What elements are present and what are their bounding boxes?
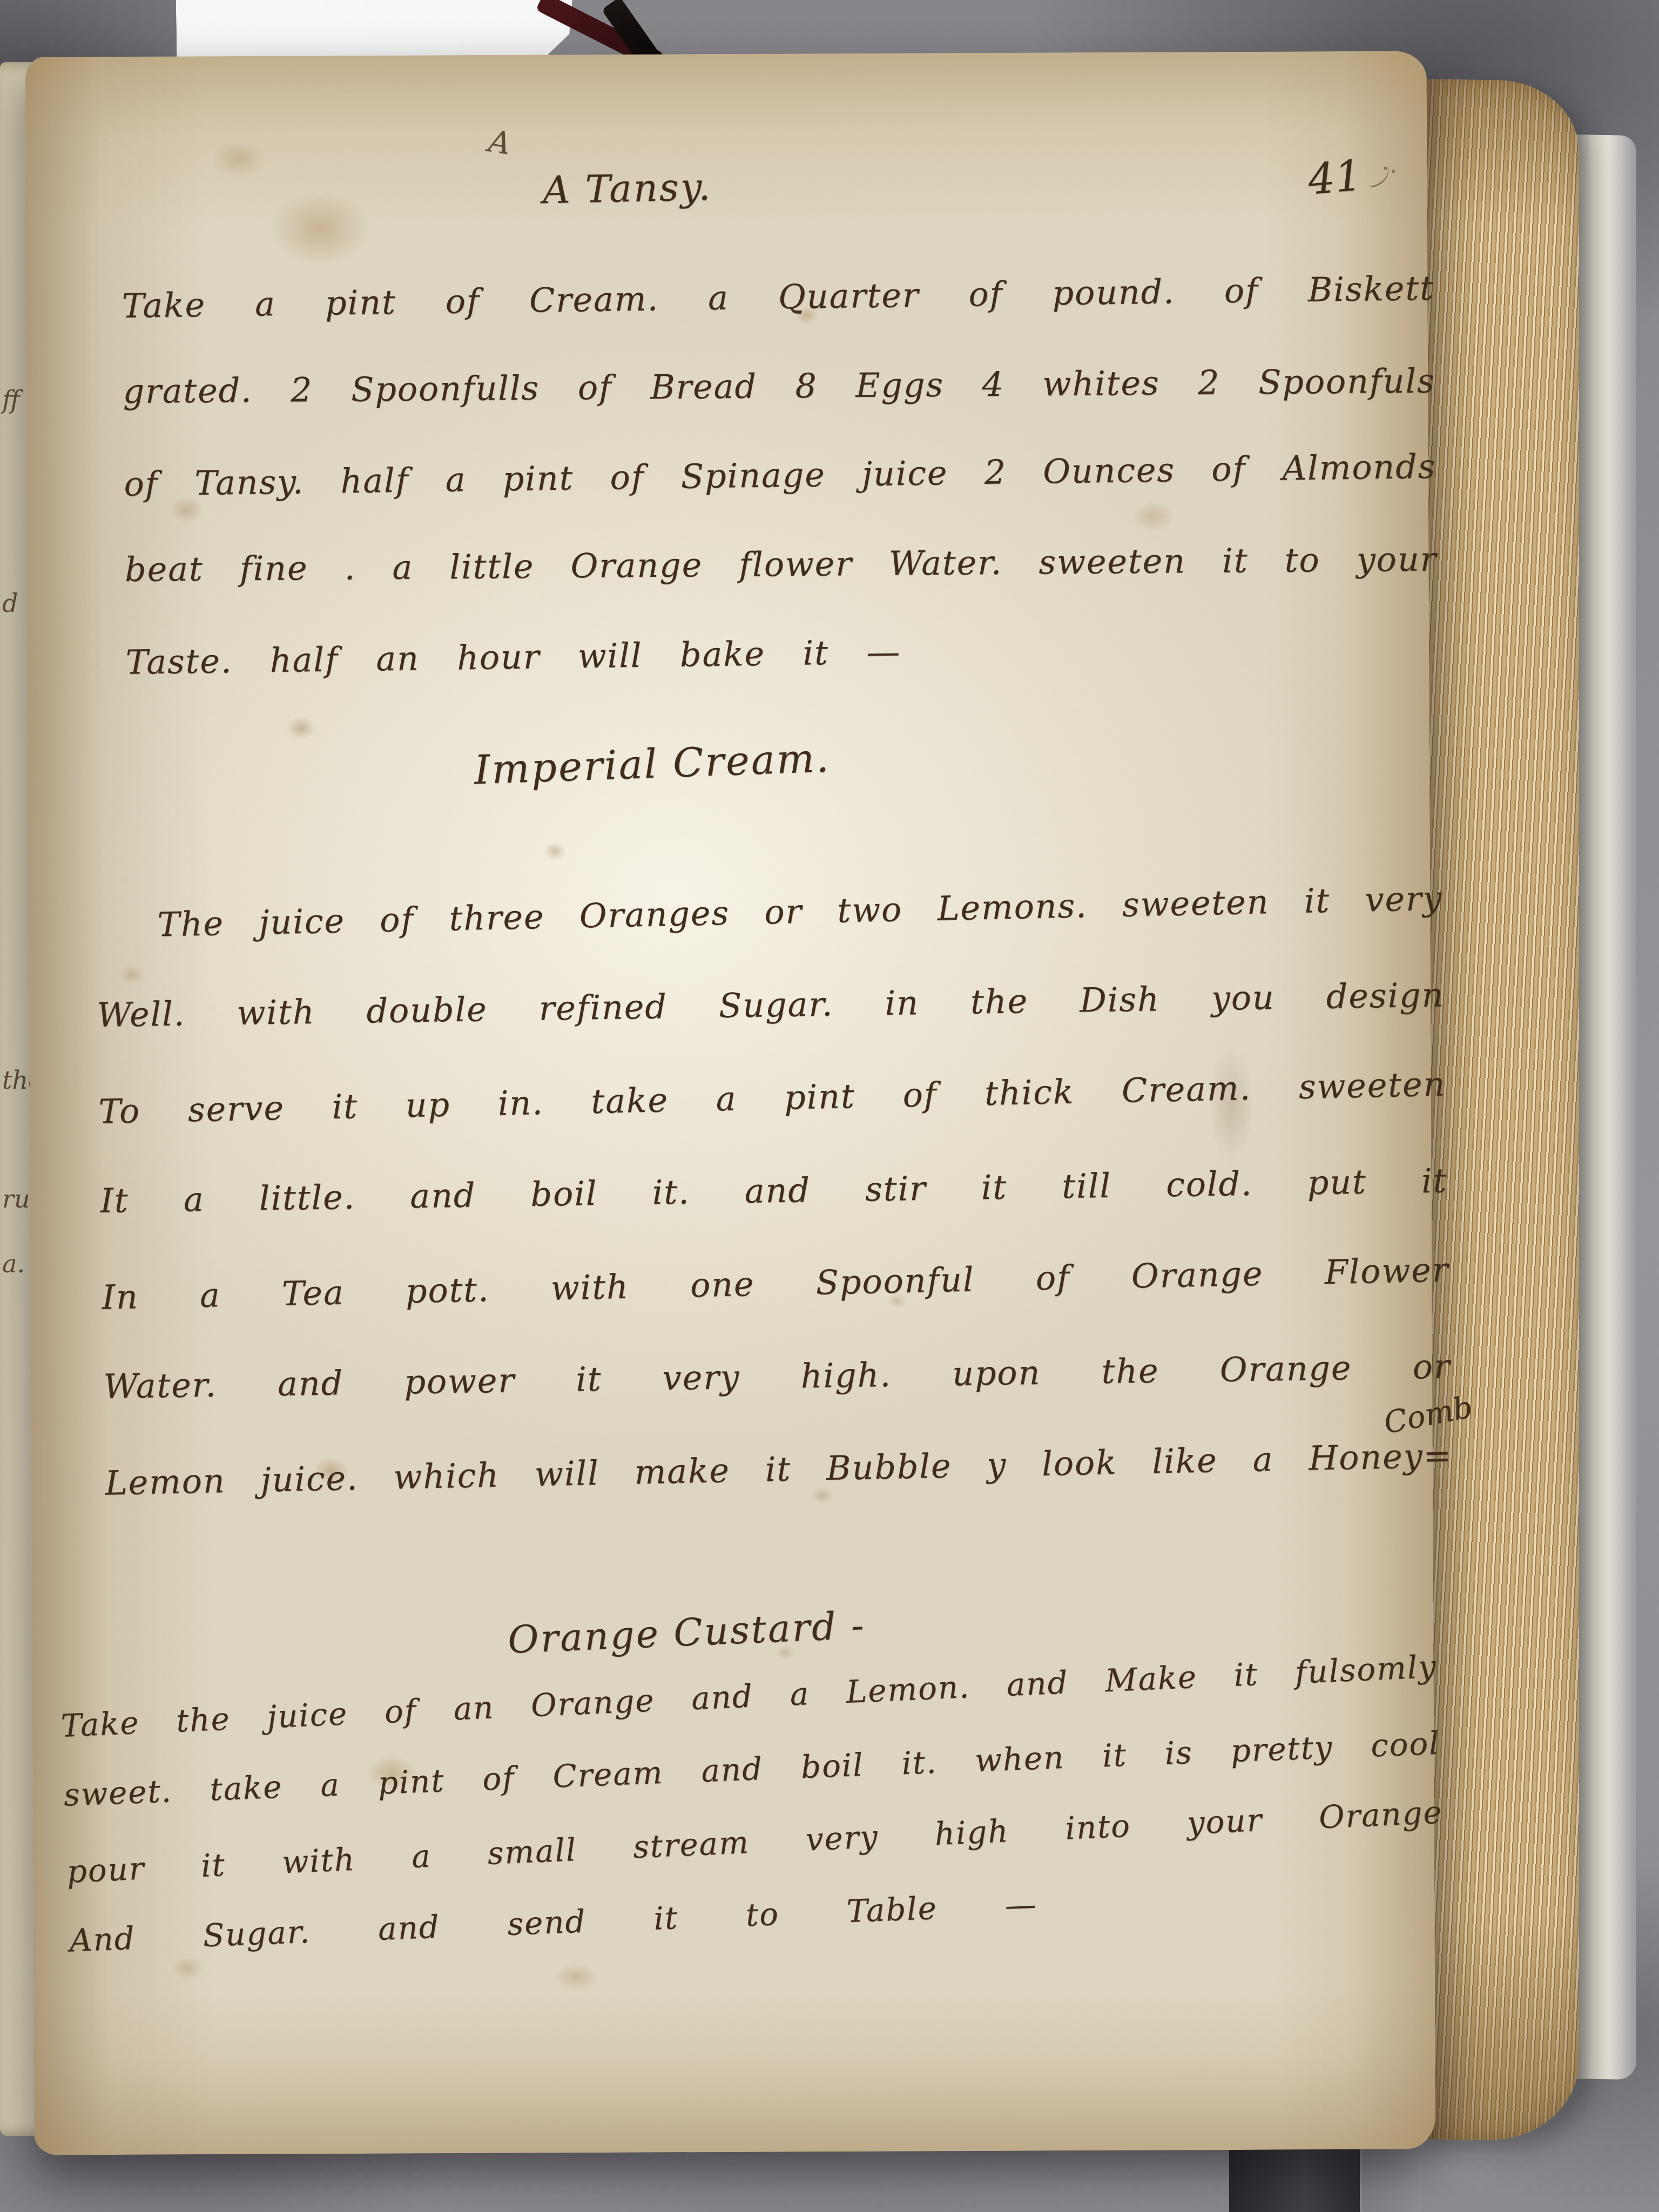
page-number-value: 41 bbox=[1306, 151, 1364, 204]
manuscript-line: of Tansy. half a pint of Spinage juice 2… bbox=[123, 422, 1437, 529]
manuscript-line: grated. 2 Spoonfulls of Bread 8 Eggs 4 w… bbox=[123, 336, 1435, 436]
recipe-orange-custard-body: Take the juice of an Orange and a Lemon.… bbox=[59, 1633, 1447, 1979]
ink-flourish bbox=[1363, 157, 1394, 188]
manuscript-line: Take a pint of Cream. a Quarter of pound… bbox=[122, 244, 1435, 350]
manuscript-line: beat fine . a little Orange flower Water… bbox=[124, 514, 1437, 614]
recipe-a-tansy-body: Take a pint of Cream. a Quarter of pound… bbox=[122, 246, 1439, 705]
facing-page-text-fragment: d bbox=[2, 589, 18, 618]
photo-scene: ff d the rus a. A A Tansy. 41 Take a pin… bbox=[0, 0, 1659, 2212]
facing-page-text-fragment: a. bbox=[2, 1249, 25, 1278]
manuscript-line: Taste. half an hour will bake it — bbox=[125, 600, 1439, 707]
page-number: 41 bbox=[1306, 149, 1394, 204]
recipe-imperial-cream-body: The juice of three Oranges or two Lemons… bbox=[95, 854, 1453, 1527]
recipe-title-a-tansy: A Tansy. bbox=[542, 165, 712, 213]
facing-page-text-fragment: ff bbox=[2, 385, 20, 414]
book-outer-page-edge bbox=[1570, 134, 1636, 2080]
